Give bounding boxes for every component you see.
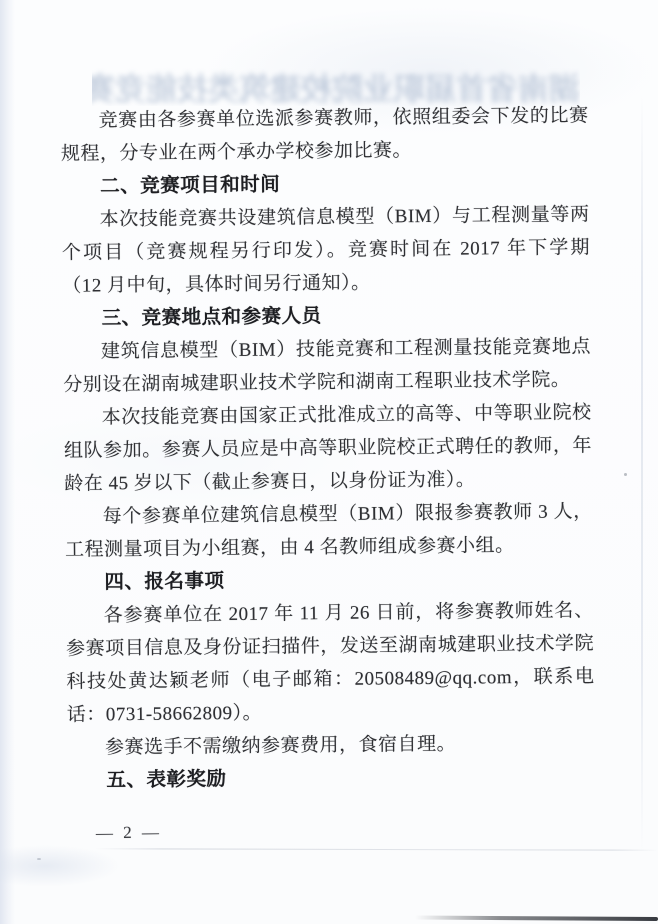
paragraph-events-and-time: 本次技能竞赛共设建筑信息模型（BIM）与工程测量等两个项目（竞赛规程另行印发）。… bbox=[61, 198, 590, 303]
section-heading-4-registration: 四、报名事项 bbox=[65, 561, 593, 600]
paragraph-participants: 本次技能竞赛由国家正式批准成立的高等、中等职业院校组队参加。参赛人员应是中高等职… bbox=[63, 396, 592, 501]
paragraph-team-quota: 每个参赛单位建筑信息模型（BIM）限报参赛教师 3 人，工程测量项目为小组赛，由… bbox=[65, 495, 594, 567]
page-crease-line bbox=[95, 848, 658, 850]
scan-left-edge-shadow bbox=[0, 0, 15, 924]
paragraph-fees: 参赛选手不需缴纳参赛费用，食宿自理。 bbox=[67, 726, 595, 765]
section-heading-2-events-time: 二、竞赛项目和时间 bbox=[61, 165, 589, 204]
scan-speck bbox=[624, 473, 627, 476]
scan-right-edge-line bbox=[641, 95, 643, 854]
document-body: 竞赛由各参赛单位选派参赛教师，依照组委会下发的比赛规程，分专业在两个承办学校参加… bbox=[60, 99, 595, 797]
scan-speck bbox=[37, 858, 41, 860]
section-heading-5-awards: 五、表彰奖励 bbox=[67, 759, 595, 798]
page-number: — 2 — bbox=[96, 823, 162, 844]
paragraph-competition-rules: 竞赛由各参赛单位选派参赛教师，依照组委会下发的比赛规程，分专业在两个承办学校参加… bbox=[60, 99, 589, 171]
paragraph-registration-details: 各参赛单位在 2017 年 11 月 26 日前，将参赛教师姓名、参赛项目信息及… bbox=[66, 594, 595, 732]
scanned-document-page: 湖南省首届职业院校建筑类技能竞赛 竞赛由各参赛单位选派参赛教师，依照组委会下发的… bbox=[0, 0, 658, 924]
section-heading-3-location: 三、竞赛地点和参赛人员 bbox=[62, 297, 590, 336]
scan-bottom-edge-shadow bbox=[415, 916, 658, 921]
paragraph-locations: 建筑信息模型（BIM）技能竞赛和工程测量技能竞赛地点分别设在湖南城建职业技术学院… bbox=[63, 330, 592, 402]
